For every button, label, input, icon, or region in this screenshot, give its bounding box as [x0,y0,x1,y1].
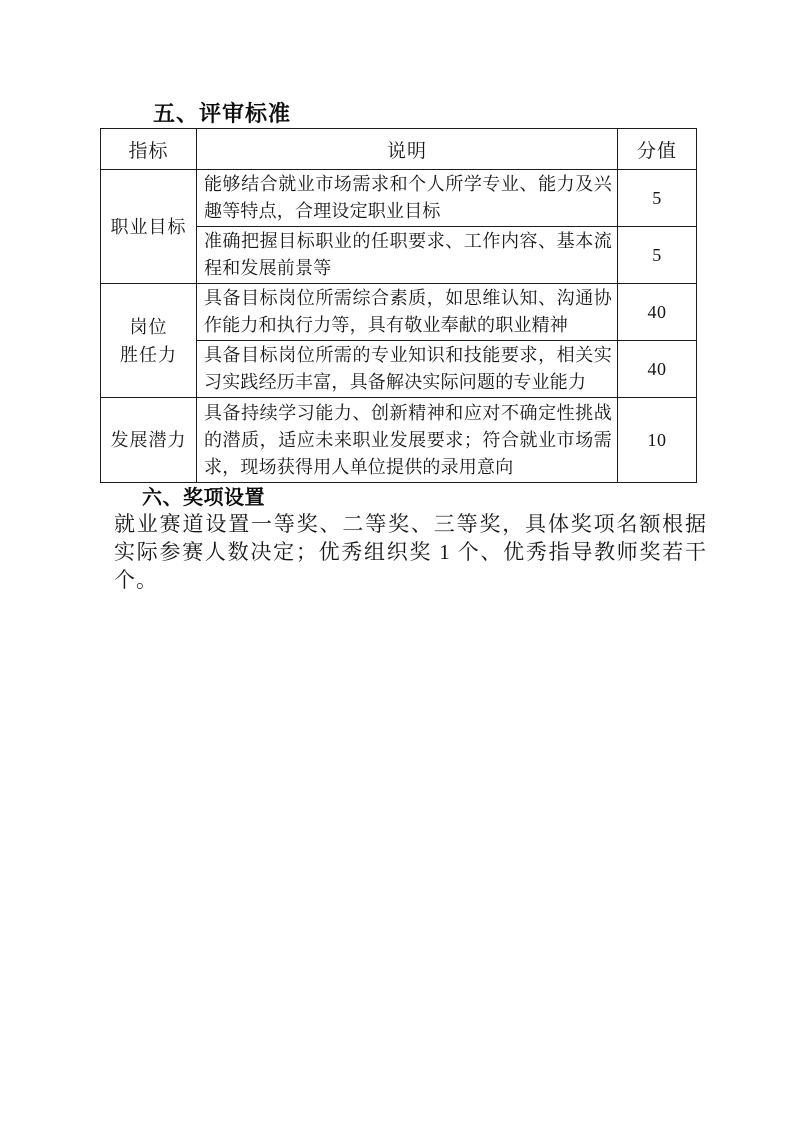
awards-paragraph: 就业赛道设置一等奖、二等奖、三等奖，具体奖项名额根据 实际参赛人数决定；优秀组织… [114,510,707,594]
indicator-cell-development-potential: 发展潜力 [101,398,197,483]
table-header-row: 指标 说明 分值 [101,129,697,170]
table-row: 职业目标 能够结合就业市场需求和个人所学专业、能力及兴趣等特点，合理设定职业目标… [101,170,697,227]
paragraph-line: 个。 [114,566,707,594]
description-cell: 能够结合就业市场需求和个人所学专业、能力及兴趣等特点，合理设定职业目标 [197,170,618,227]
description-cell: 准确把握目标职业的任职要求、工作内容、基本流程和发展前景等 [197,227,618,284]
description-cell: 具备目标岗位所需综合素质，如思维认知、沟通协作能力和执行力等，具有敬业奉献的职业… [197,284,618,341]
description-cell: 具备持续学习能力、创新精神和应对不确定性挑战的潜质，适应未来职业发展要求；符合就… [197,398,618,483]
score-cell: 10 [618,398,697,483]
table-row: 发展潜力 具备持续学习能力、创新精神和应对不确定性挑战的潜质，适应未来职业发展要… [101,398,697,483]
score-cell: 40 [618,341,697,398]
review-criteria-table: 指标 说明 分值 职业目标 能够结合就业市场需求和个人所学专业、能力及兴趣等特点… [100,128,697,483]
indicator-cell-job-competency: 岗位 胜任力 [101,284,197,398]
col-header-score: 分值 [618,129,697,170]
paragraph-line: 实际参赛人数决定；优秀组织奖 1 个、优秀指导教师奖若干 [114,538,707,566]
indicator-cell-career-goal: 职业目标 [101,170,197,284]
paragraph-line: 就业赛道设置一等奖、二等奖、三等奖，具体奖项名额根据 [114,510,707,538]
score-cell: 40 [618,284,697,341]
section-6-heading: 六、奖项设置 [142,486,265,510]
document-page: 五、评审标准 指标 说明 分值 职业目标 能够结合就业市场需求和个人所学专业、能… [0,0,793,1122]
score-cell: 5 [618,170,697,227]
score-cell: 5 [618,227,697,284]
col-header-indicator: 指标 [101,129,197,170]
description-cell: 具备目标岗位所需的专业知识和技能要求，相关实习实践经历丰富，具备解决实际问题的专… [197,341,618,398]
section-5-heading: 五、评审标准 [153,101,291,127]
col-header-description: 说明 [197,129,618,170]
table-row: 岗位 胜任力 具备目标岗位所需综合素质，如思维认知、沟通协作能力和执行力等，具有… [101,284,697,341]
